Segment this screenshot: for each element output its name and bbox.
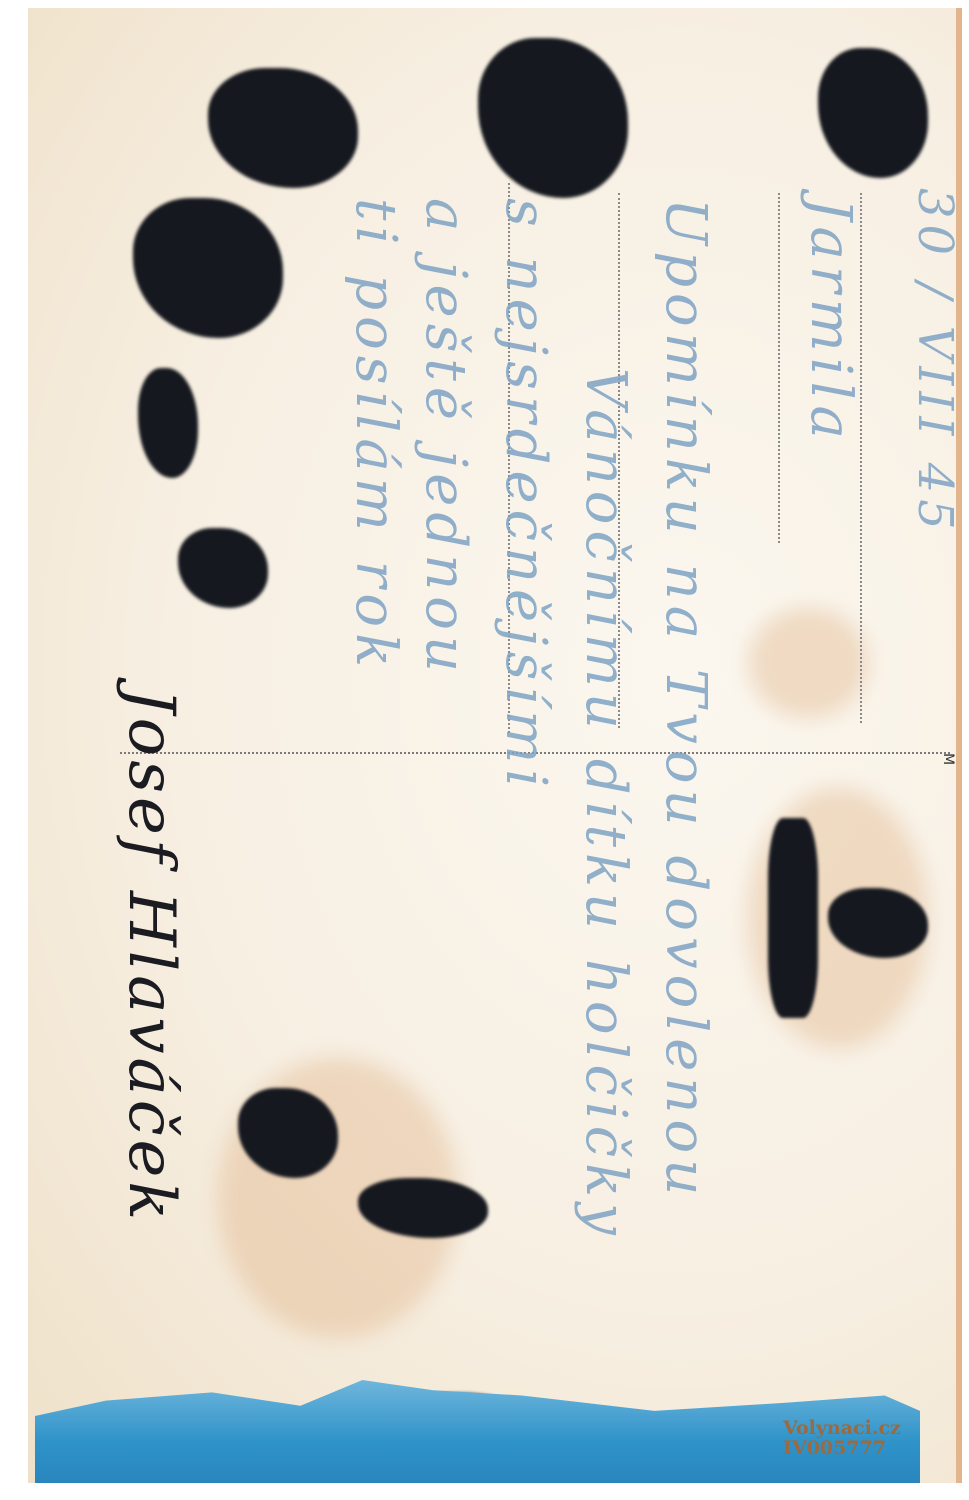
glue-residue <box>138 368 198 478</box>
handwritten-line: Upomínku na Tvou dovolenou <box>653 198 718 1201</box>
watermark-site: Volynaci.cz <box>783 1418 901 1438</box>
watermark-id: IV005777 <box>783 1438 901 1458</box>
glue-residue <box>208 68 358 188</box>
glue-residue <box>478 38 628 198</box>
handwritten-date: 30 / VIII 45 <box>907 188 963 536</box>
address-line <box>778 193 780 543</box>
glue-residue <box>818 48 928 178</box>
handwritten-line: Vánočnímu dítku holčičky <box>573 368 638 1241</box>
glue-residue <box>133 198 283 338</box>
glue-residue <box>768 818 818 1018</box>
postcard-back: 30 / VIII 45 Jarmila Upomínku na Tvou do… <box>28 8 962 1483</box>
glue-residue <box>178 528 268 608</box>
watermark: Volynaci.cz IV005777 <box>783 1418 901 1458</box>
print-mark: M <box>940 753 956 765</box>
handwritten-line: a ještě jednou <box>413 198 478 678</box>
handwritten-line: Jarmila <box>798 198 863 445</box>
stain <box>748 608 868 718</box>
signature: Josef Hlaváček <box>114 688 188 1224</box>
handwritten-line: s nejsrdečnějšími <box>493 198 558 793</box>
handwritten-line: ti posílám rok <box>343 198 408 673</box>
